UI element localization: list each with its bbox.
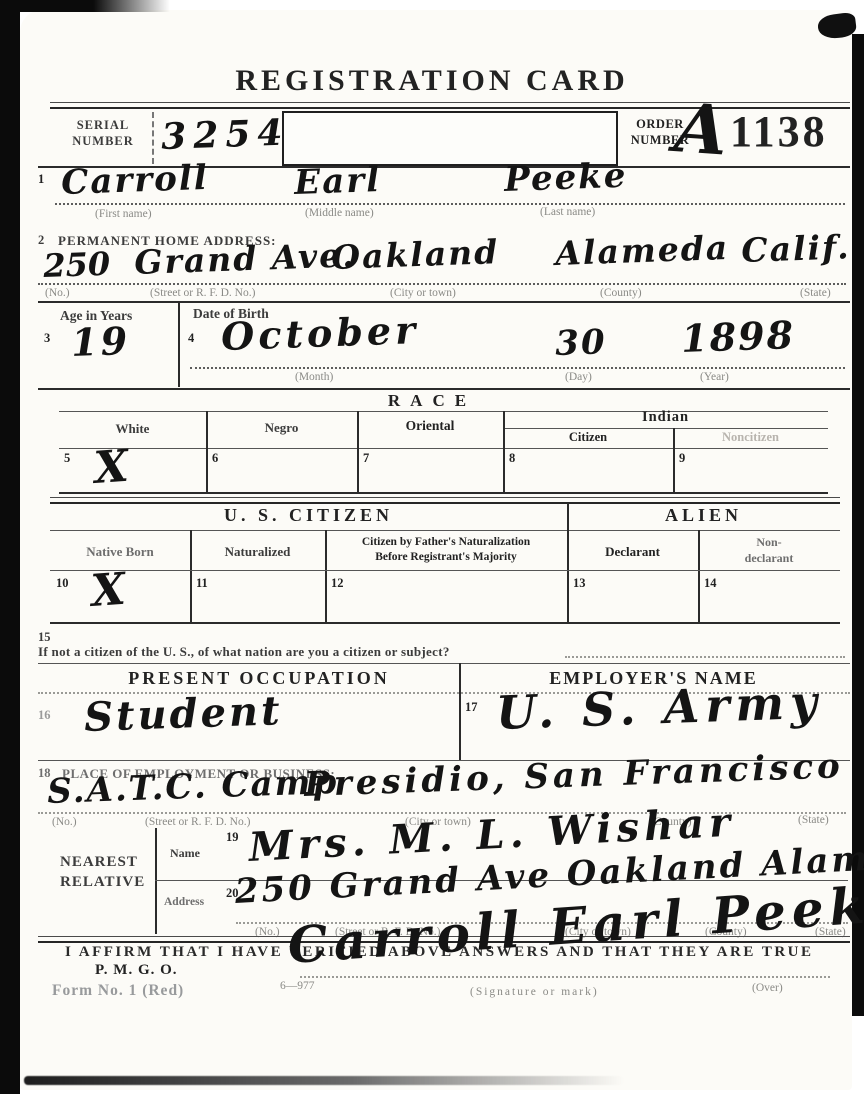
table-line: [50, 530, 840, 531]
line15-question: If not a citizen of the U. S., of what n…: [38, 644, 450, 660]
write-line: [38, 283, 846, 285]
employment-sublabel-street: (Street or R. F. D. No.): [145, 816, 250, 828]
race-col-indian: Indian: [503, 409, 828, 426]
first-name-label: (First name): [95, 208, 152, 220]
employment-sublabel-state: (State): [798, 814, 829, 826]
citizen-cell-number: 11: [196, 576, 208, 591]
occupation-line-number: 16: [38, 708, 51, 723]
divider: [152, 112, 154, 164]
divider: [178, 301, 180, 387]
year-label: (Year): [700, 371, 729, 383]
name-line-number: 1: [38, 172, 44, 187]
nearest-relative-label-line1: NEAREST: [60, 852, 145, 872]
order-number-prefix: A: [672, 88, 730, 171]
citizen-cell-number: 10: [56, 576, 69, 591]
middle-name-label: (Middle name): [305, 207, 374, 219]
address-line-number: 2: [38, 233, 44, 248]
scan-edge-left: [0, 0, 20, 1094]
alien-col-nondeclarant-line2: declarant: [698, 551, 840, 567]
citizen-col-father: Citizen by Father's Naturalization Befor…: [325, 535, 567, 565]
relative-address-label: Address: [164, 896, 204, 908]
address-city-value: Oakland: [331, 232, 500, 277]
serial-label-line2: NUMBER: [58, 133, 148, 149]
address-street-value: Grand Ave.: [134, 235, 357, 282]
alien-title: ALIEN: [567, 505, 840, 526]
scan-shadow-bottom: [24, 1076, 624, 1085]
nearest-relative-label-line2: RELATIVE: [60, 872, 145, 892]
address-county-value: Alameda: [555, 228, 730, 273]
dob-line-number: 4: [188, 331, 194, 346]
address-sublabel-county: (County): [600, 287, 642, 299]
rule: [50, 497, 840, 504]
footer-code: 6—977: [280, 980, 315, 992]
address-sublabel-city: (City or town): [390, 287, 456, 299]
employer-line-number: 17: [465, 700, 478, 715]
relative-name-number: 19: [226, 830, 239, 845]
scan-edge-top: [0, 0, 170, 12]
dob-month-value: October: [220, 307, 419, 359]
race-section-title: RACE: [22, 391, 842, 411]
citizen-cell-number: 14: [704, 576, 717, 591]
race-cell-number: 5: [64, 451, 70, 466]
alien-col-nondeclarant-line1: Non-: [698, 535, 840, 551]
address-sublabel-street: (Street or R. F. D. No.): [150, 287, 255, 299]
rule: [38, 663, 850, 664]
citizen-col-father-line2: Before Registrant's Majority: [325, 550, 567, 565]
race-white-mark: X: [92, 441, 130, 494]
footer-over-label: (Over): [752, 982, 783, 994]
line15-number: 15: [38, 630, 51, 645]
write-line: [55, 203, 845, 205]
address-sublabel-state: (State): [800, 287, 831, 299]
native-born-mark: X: [89, 564, 127, 617]
last-name-value: Peeke: [504, 156, 628, 200]
citizen-cell-number: 12: [331, 576, 344, 591]
age-value: 19: [70, 318, 130, 365]
scanned-document: REGISTRATION CARD SERIAL NUMBER 3254 ORD…: [0, 0, 864, 1100]
present-occupation-header: PRESENT OCCUPATION: [59, 668, 459, 689]
day-label: (Day): [565, 371, 592, 383]
month-label: (Month): [295, 371, 333, 383]
first-name-value: Carroll: [61, 158, 210, 203]
last-name-label: (Last name): [540, 206, 595, 218]
rule: [50, 622, 840, 624]
occupation-value: Student: [83, 687, 283, 741]
race-col-white: White: [59, 421, 206, 437]
order-number-value: 1138: [730, 106, 828, 157]
employment-sublabel-no: (No.): [52, 816, 77, 828]
rule: [38, 388, 850, 390]
divider: [459, 663, 461, 760]
signature-line: [300, 976, 830, 978]
race-cell-number: 6: [212, 451, 218, 466]
citizen-col-father-line1: Citizen by Father's Naturalization: [325, 535, 567, 550]
table-line: [59, 448, 828, 449]
citizen-cell-number: 13: [573, 576, 586, 591]
dob-year-value: 1898: [680, 312, 795, 361]
nearest-relative-label: NEAREST RELATIVE: [60, 852, 145, 893]
table-line: [50, 570, 840, 571]
footer-pmgo: P. M. G. O.: [95, 962, 178, 979]
write-line: [565, 656, 845, 658]
citizen-col-native-born: Native Born: [50, 544, 190, 560]
dob-day-value: 30: [555, 322, 608, 364]
us-citizen-title: U. S. CITIZEN: [50, 505, 567, 526]
address-state-value: Calif.: [741, 227, 852, 270]
race-cell-number: 9: [679, 451, 685, 466]
age-line-number: 3: [44, 331, 50, 346]
race-col-negro: Negro: [206, 420, 357, 436]
serial-number-label: SERIAL NUMBER: [58, 117, 148, 150]
race-cell-number: 7: [363, 451, 369, 466]
serial-label-line1: SERIAL: [58, 117, 148, 133]
address-no-value: 250: [43, 245, 111, 285]
middle-name-value: Earl: [294, 160, 382, 203]
table-line: [59, 492, 828, 494]
citizen-col-naturalized: Naturalized: [190, 544, 325, 560]
write-line: [190, 367, 845, 369]
table-line: [567, 503, 569, 622]
alien-col-nondeclarant: Non- declarant: [698, 535, 840, 566]
rule: [38, 301, 850, 303]
footer-form-number: Form No. 1 (Red): [52, 982, 184, 1000]
race-col-indian-citizen: Citizen: [503, 430, 673, 445]
alien-col-declarant: Declarant: [567, 544, 698, 560]
employer-value: U. S. Army: [495, 675, 824, 740]
serial-number-value: 3254: [161, 112, 291, 158]
relative-name-label: Name: [170, 846, 200, 861]
address-sublabel-no: (No.): [45, 287, 70, 299]
race-col-indian-noncitizen: Noncitizen: [673, 430, 828, 445]
table-line: [503, 428, 828, 429]
divider: [155, 828, 157, 934]
race-col-oriental: Oriental: [357, 418, 503, 434]
footer-signature-label: (Signature or mark): [470, 986, 599, 998]
race-cell-number: 8: [509, 451, 515, 466]
